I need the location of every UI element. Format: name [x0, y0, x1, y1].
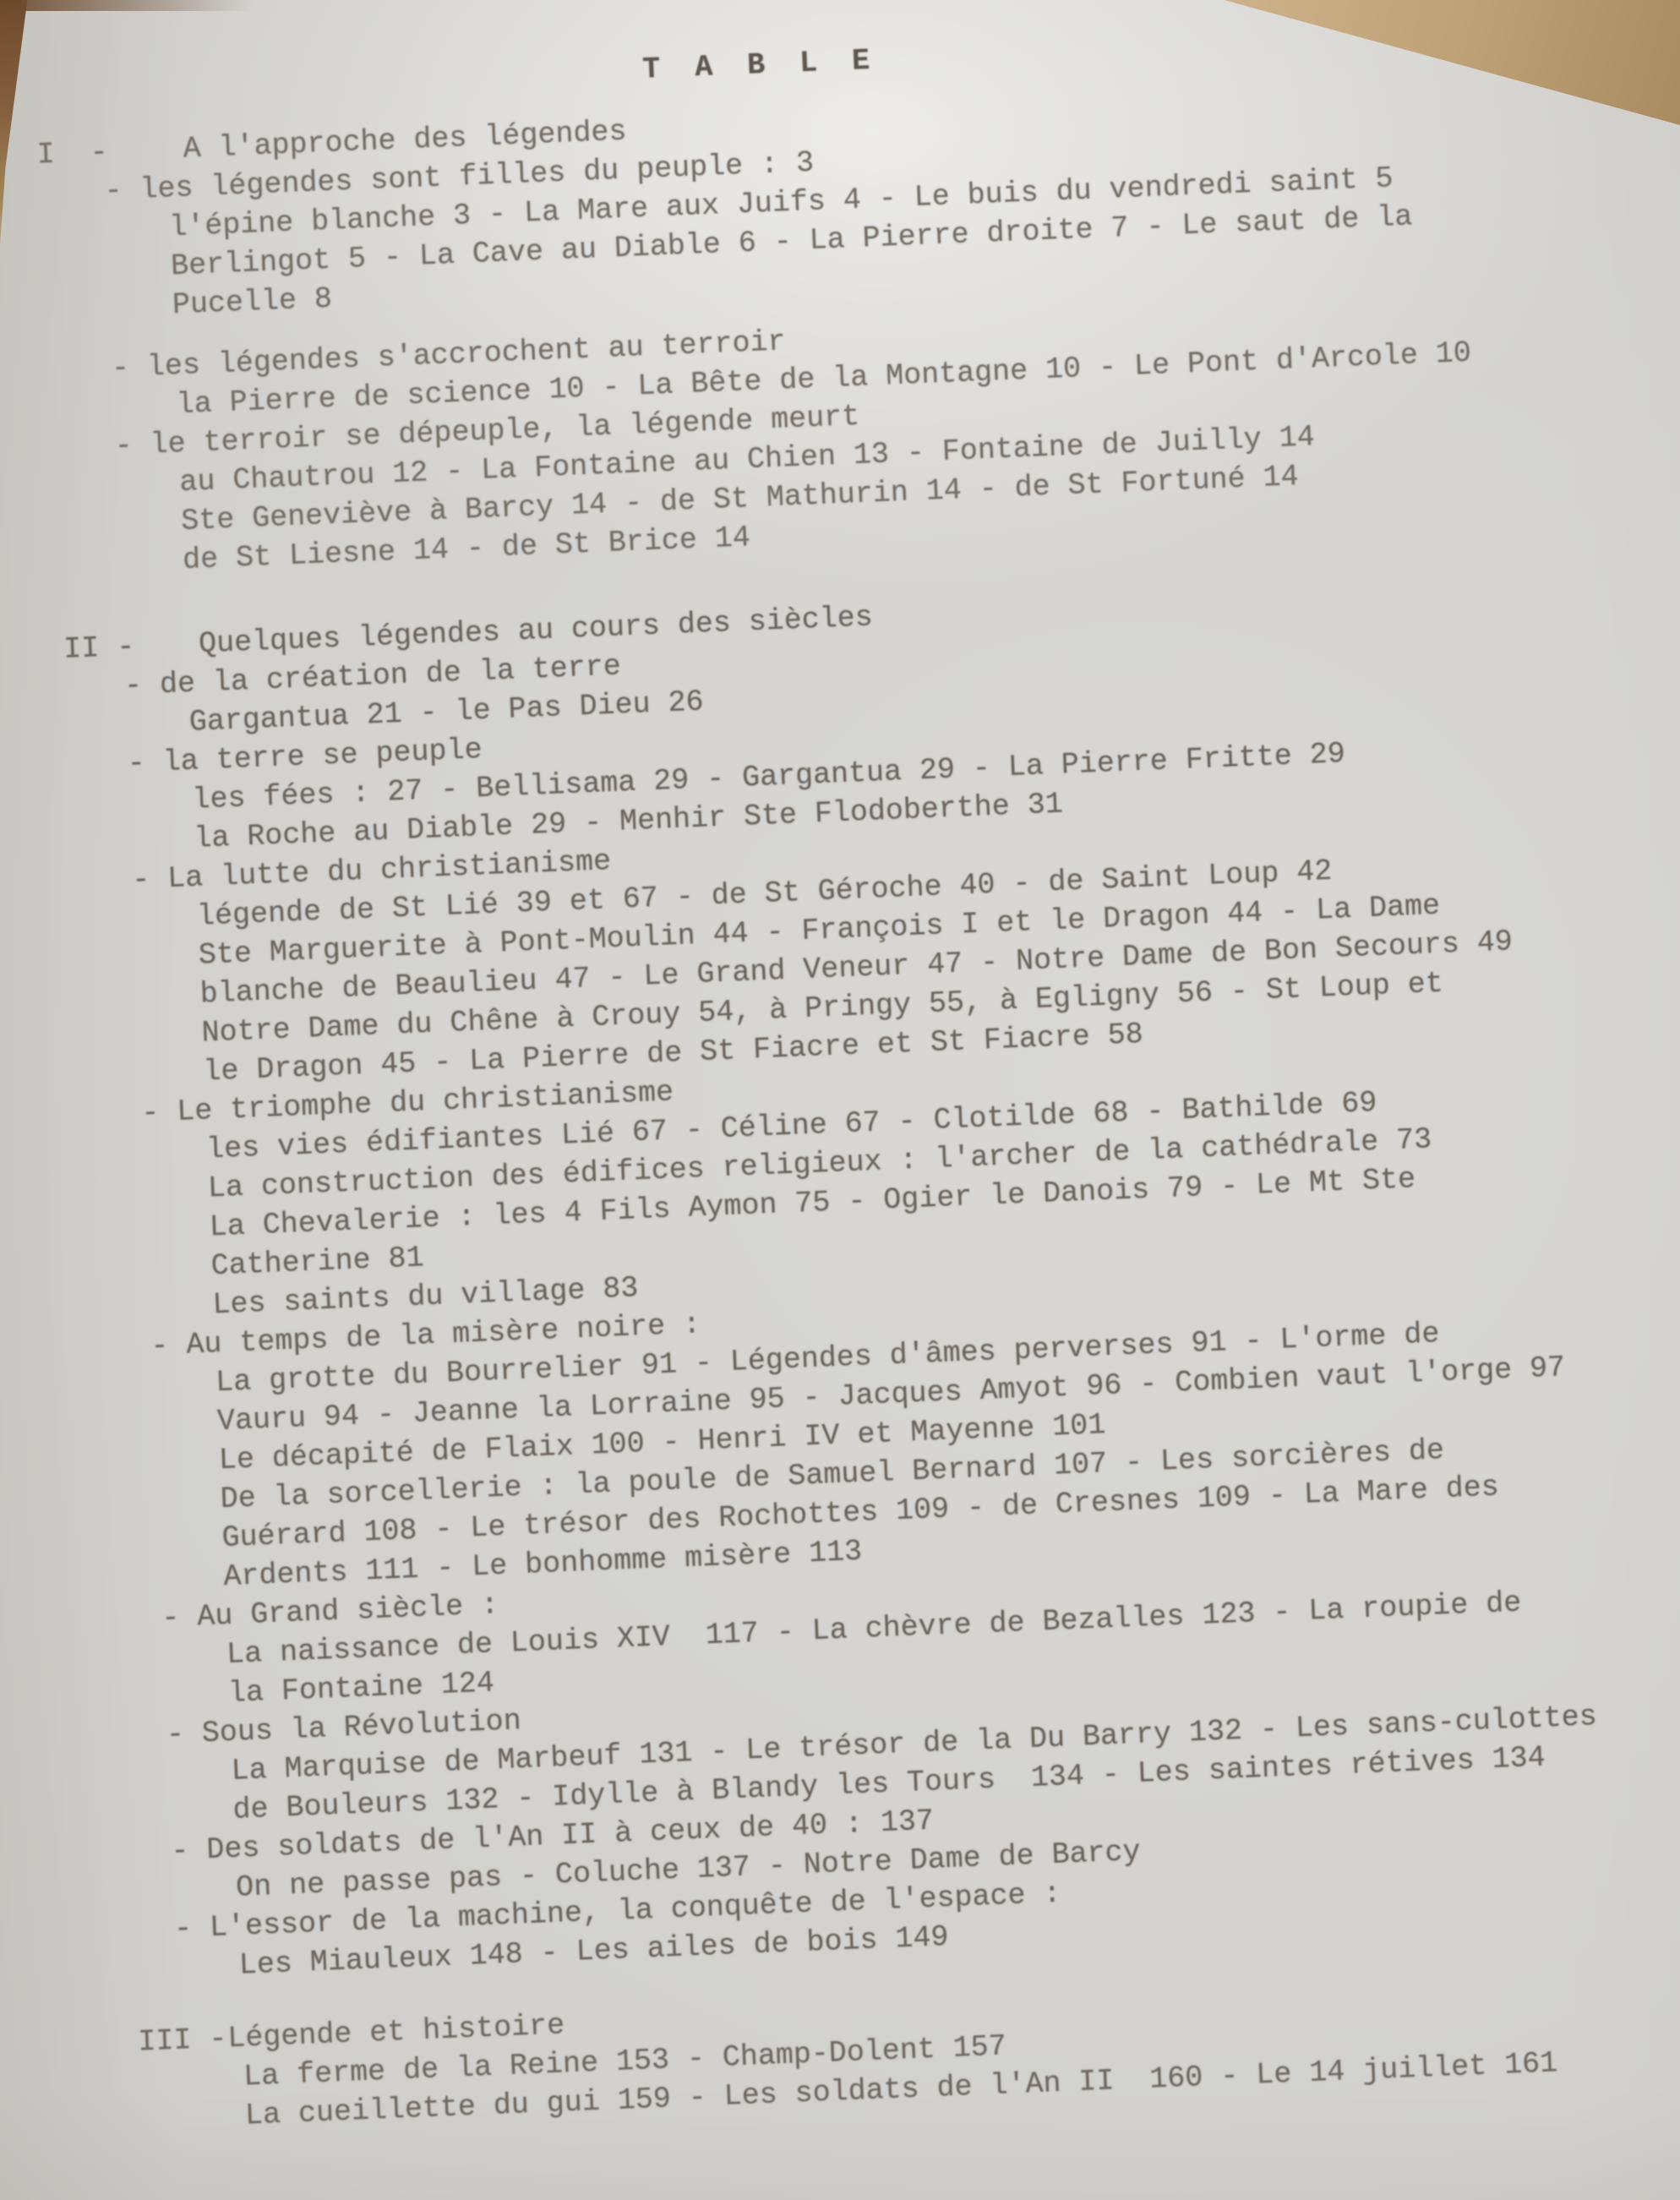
toc-sections: I -A l'approche des légendes- les légend…	[18, 74, 1669, 2142]
toc-section-I: I -A l'approche des légendes- les légend…	[18, 74, 1606, 586]
section-numeral: I -	[36, 133, 109, 174]
photographed-page: { "document": { "title": "T A B L E", "s…	[0, 0, 1680, 2200]
toc-section-II: II -Quelques légendes au cours des siècl…	[37, 568, 1662, 1990]
section-numeral: III -	[138, 2019, 228, 2061]
table-of-contents: T A B L E I -A l'approche des légendes- …	[15, 13, 1669, 2142]
toc-section-III: III -Légende et histoireLa ferme de la R…	[94, 1962, 1669, 2142]
section-numeral: II -	[63, 627, 135, 669]
table-edge-top-left	[0, 0, 254, 11]
